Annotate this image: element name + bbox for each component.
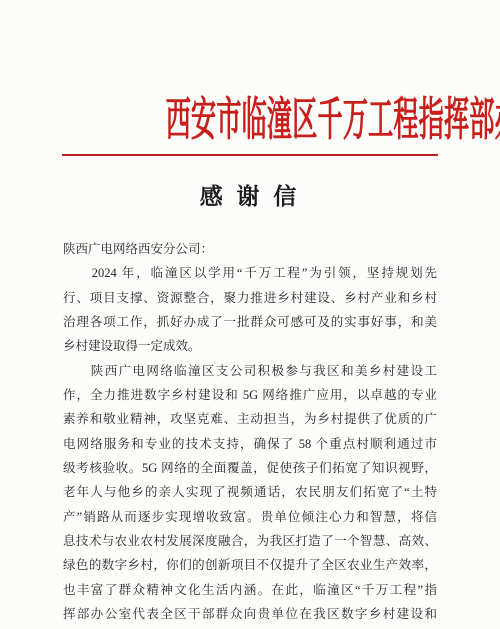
letter-line: 作，全力推进数字乡村建设和 5G 网络推广应用，以卓越的专业 [63, 383, 437, 407]
letter-line: 级考核验收。5G 网络的全面覆盖，促使孩子们拓宽了知识视野， [63, 456, 437, 480]
letter-line: 挥部办公室代表全区干部群众向贵单位在我区数字乡村建设和 [63, 602, 437, 626]
letter-line: 老年人与他乡的亲人实现了视频通话，农民朋友们拓宽了“土特 [63, 480, 437, 504]
letter-line: 绿色的数字乡村，你们的创新项目不仅提升了全区农业生产效率， [63, 553, 437, 577]
letterhead-divider [62, 154, 438, 156]
letter-line: 行、项目支撑、资源整合，聚力推进乡村建设、乡村产业和乡村 [63, 286, 437, 310]
letter-line: 息技术与农业农村发展深度融合，为我区打造了一个智慧、高效、 [63, 529, 437, 553]
letter-page: 西安市临潼区千万工程指挥部办公室 感 谢 信 陕西广电网络西安分公司： 2024… [0, 0, 500, 629]
letterhead-title: 西安市临潼区千万工程指挥部办公室 [166, 94, 500, 146]
letter-title: 感 谢 信 [0, 181, 500, 213]
letter-line: 乡村建设取得一定成效。 [63, 334, 437, 358]
letter-line: 也丰富了群众精神文化生活内涵。在此，临潼区“千万工程”指 [63, 578, 437, 602]
letter-line: 电网络服务和专业的技术支持，确保了 58 个重点村顺利通过市 [63, 432, 437, 456]
letter-line: 陕西广电网络临潼区支公司积极参与我区和美乡村建设工 [63, 359, 437, 383]
salutation-line: 陕西广电网络西安分公司： [63, 237, 437, 261]
letter-body: 陕西广电网络西安分公司： 2024 年，临潼区以学用“千万工程”为引领，坚持规划… [63, 237, 437, 627]
letter-line: 产”销路从而逐步实现增收致富。贵单位倾注心力和智慧，将信 [63, 505, 437, 529]
letter-line: 素养和敬业精神，攻坚克难、主动担当，为乡村提供了优质的广 [63, 407, 437, 431]
letter-line: 治理各项工作，抓好办成了一批群众可感可及的实事好事，和美 [63, 310, 437, 334]
letter-line: 2024 年，临潼区以学用“千万工程”为引领，坚持规划先 [63, 261, 437, 285]
letterhead: 西安市临潼区千万工程指挥部办公室 [0, 94, 500, 157]
